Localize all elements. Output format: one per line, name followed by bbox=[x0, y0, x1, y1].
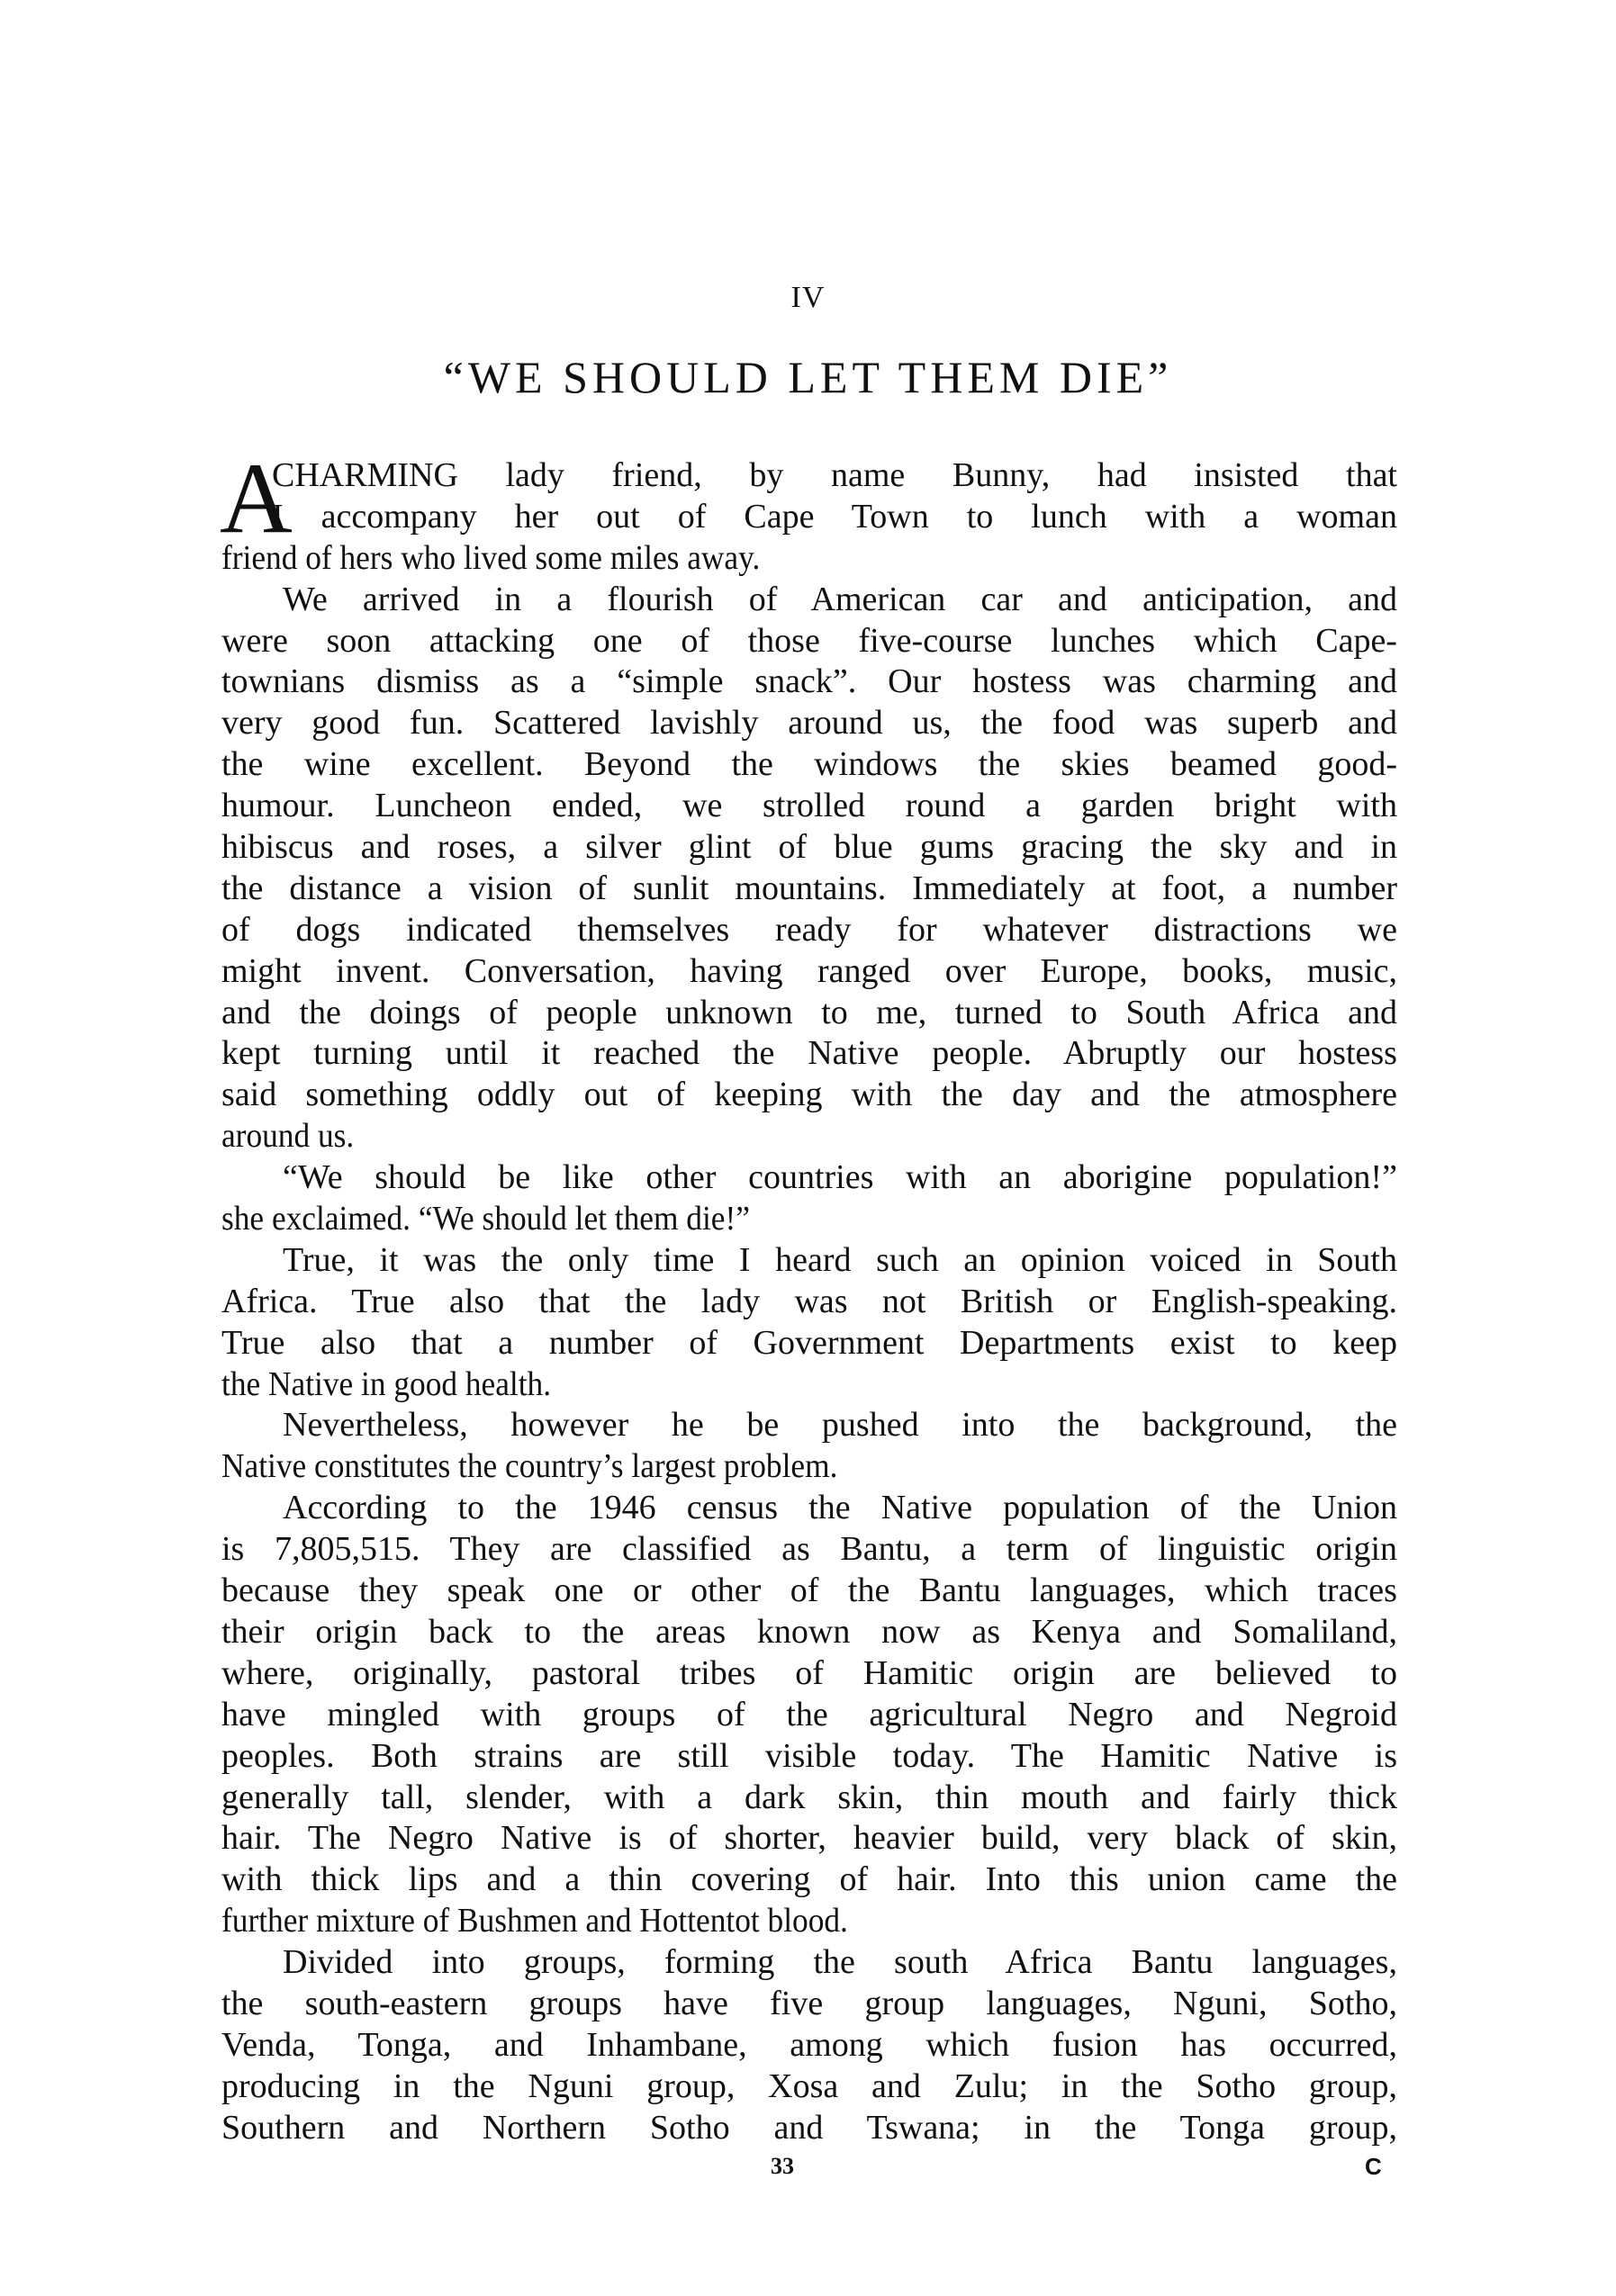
text-line: True also that a number of Government De… bbox=[221, 1323, 1397, 1364]
text-line-content: I accompany her out of Cape Town to lunc… bbox=[272, 497, 1397, 538]
text-line-content: townians dismiss as a “simple snack”. Ou… bbox=[221, 662, 1397, 703]
text-line-content: is 7,805,515. They are classified as Ban… bbox=[221, 1529, 1397, 1571]
text-line: Nevertheless, however he be pushed into … bbox=[221, 1405, 1397, 1446]
text-line-content: True, it was the only time I heard such … bbox=[283, 1240, 1397, 1282]
text-line: Southern and Northern Sotho and Tswana; … bbox=[221, 2108, 1397, 2149]
text-line: According to the 1946 census the Native … bbox=[221, 1488, 1397, 1529]
text-line: Africa. True also that the lady was not … bbox=[221, 1282, 1397, 1323]
text-line-content: with thick lips and a thin covering of h… bbox=[221, 1859, 1397, 1901]
text-line: friend of hers who lived some miles away… bbox=[221, 538, 1397, 580]
text-line-content: Africa. True also that the lady was not … bbox=[221, 1282, 1397, 1323]
text-line-content: humour. Luncheon ended, we strolled roun… bbox=[221, 786, 1397, 827]
text-line: have mingled with groups of the agricult… bbox=[221, 1695, 1397, 1736]
text-line-content: friend of hers who lived some miles away… bbox=[221, 538, 760, 580]
text-line: because they speak one or other of the B… bbox=[221, 1571, 1397, 1612]
text-line: I accompany her out of Cape Town to lunc… bbox=[221, 497, 1397, 538]
text-line: humour. Luncheon ended, we strolled roun… bbox=[221, 786, 1397, 827]
text-line: generally tall, slender, with a dark ski… bbox=[221, 1778, 1397, 1819]
text-line: peoples. Both strains are still visible … bbox=[221, 1736, 1397, 1778]
text-line: producing in the Nguni group, Xosa and Z… bbox=[221, 2066, 1397, 2108]
text-line-content: True also that a number of Government De… bbox=[221, 1323, 1397, 1364]
text-line: is 7,805,515. They are classified as Ban… bbox=[221, 1529, 1397, 1571]
text-line-content: “We should be like other countries with … bbox=[283, 1157, 1397, 1199]
text-line: kept turning until it reached the Native… bbox=[221, 1033, 1397, 1075]
text-line: their origin back to the areas known now… bbox=[221, 1612, 1397, 1653]
text-line: Divided into groups, forming the south A… bbox=[221, 1942, 1397, 1984]
text-line: where, originally, pastoral tribes of Ha… bbox=[221, 1653, 1397, 1695]
text-line-content: around us. bbox=[221, 1116, 354, 1157]
text-line-content: peoples. Both strains are still visible … bbox=[221, 1736, 1397, 1778]
text-line: Venda, Tonga, and Inhambane, among which… bbox=[221, 2025, 1397, 2066]
chapter-title: “WE SHOULD LET THEM DIE” bbox=[0, 351, 1616, 403]
text-line: CHARMING lady friend, by name Bunny, had… bbox=[221, 455, 1397, 497]
text-line: around us. bbox=[221, 1116, 1397, 1157]
text-line-content: very good fun. Scattered lavishly around… bbox=[221, 703, 1397, 744]
text-line-content: Nevertheless, however he be pushed into … bbox=[283, 1405, 1397, 1446]
text-line: of dogs indicated themselves ready for w… bbox=[221, 910, 1397, 951]
text-line: were soon attacking one of those five-co… bbox=[221, 621, 1397, 662]
text-line: townians dismiss as a “simple snack”. Ou… bbox=[221, 662, 1397, 703]
signature-mark: C bbox=[1365, 2153, 1382, 2181]
text-line-content: Southern and Northern Sotho and Tswana; … bbox=[221, 2108, 1397, 2149]
text-line-content: and the doings of people unknown to me, … bbox=[221, 993, 1397, 1034]
text-line-content: of dogs indicated themselves ready for w… bbox=[221, 910, 1397, 951]
text-line-content: said something oddly out of keeping with… bbox=[221, 1075, 1397, 1116]
text-line: hair. The Negro Native is of shorter, he… bbox=[221, 1818, 1397, 1859]
text-line: further mixture of Bushmen and Hottentot… bbox=[221, 1901, 1397, 1942]
text-line-content: have mingled with groups of the agricult… bbox=[221, 1695, 1397, 1736]
text-line: the wine excellent. Beyond the windows t… bbox=[221, 744, 1397, 786]
text-line-content: where, originally, pastoral tribes of Ha… bbox=[221, 1653, 1397, 1695]
chapter-number: IV bbox=[0, 281, 1616, 315]
text-line-content: generally tall, slender, with a dark ski… bbox=[221, 1778, 1397, 1819]
text-line-content: further mixture of Bushmen and Hottentot… bbox=[221, 1901, 848, 1942]
text-line: the south-eastern groups have five group… bbox=[221, 1984, 1397, 2025]
text-line-content: kept turning until it reached the Native… bbox=[221, 1033, 1397, 1075]
text-line: We arrived in a flourish of American car… bbox=[221, 580, 1397, 621]
text-line-content: Venda, Tonga, and Inhambane, among which… bbox=[221, 2025, 1397, 2066]
text-line: hibiscus and roses, a silver glint of bl… bbox=[221, 827, 1397, 869]
page-number: 33 bbox=[771, 2153, 794, 2180]
text-line-content: CHARMING lady friend, by name Bunny, had… bbox=[272, 455, 1397, 497]
text-line-content: their origin back to the areas known now… bbox=[221, 1612, 1397, 1653]
text-line-content: Divided into groups, forming the south A… bbox=[283, 1942, 1397, 1984]
text-line-content: because they speak one or other of the B… bbox=[221, 1571, 1397, 1612]
text-line-content: hibiscus and roses, a silver glint of bl… bbox=[221, 827, 1397, 869]
text-line: the Native in good health. bbox=[221, 1364, 1397, 1406]
text-line: “We should be like other countries with … bbox=[221, 1157, 1397, 1199]
text-line-content: she exclaimed. “We should let them die!” bbox=[221, 1199, 750, 1240]
text-line-content: might invent. Conversation, having range… bbox=[221, 951, 1397, 993]
text-line-content: the wine excellent. Beyond the windows t… bbox=[221, 744, 1397, 786]
text-line-content: the distance a vision of sunlit mountain… bbox=[221, 869, 1397, 910]
text-line: and the doings of people unknown to me, … bbox=[221, 993, 1397, 1034]
text-line-content: the Native in good health. bbox=[221, 1364, 551, 1406]
text-line-content: According to the 1946 census the Native … bbox=[283, 1488, 1397, 1529]
text-line-content: were soon attacking one of those five-co… bbox=[221, 621, 1397, 662]
text-line: said something oddly out of keeping with… bbox=[221, 1075, 1397, 1116]
text-line: the distance a vision of sunlit mountain… bbox=[221, 869, 1397, 910]
text-line: very good fun. Scattered lavishly around… bbox=[221, 703, 1397, 744]
text-line: True, it was the only time I heard such … bbox=[221, 1240, 1397, 1282]
text-line-content: We arrived in a flourish of American car… bbox=[283, 580, 1397, 621]
text-line: might invent. Conversation, having range… bbox=[221, 951, 1397, 993]
text-line-content: Native constitutes the country’s largest… bbox=[221, 1446, 837, 1488]
text-line: with thick lips and a thin covering of h… bbox=[221, 1859, 1397, 1901]
text-line: she exclaimed. “We should let them die!” bbox=[221, 1199, 1397, 1240]
body-text: CHARMING lady friend, by name Bunny, had… bbox=[221, 455, 1397, 2149]
text-line-content: producing in the Nguni group, Xosa and Z… bbox=[221, 2066, 1397, 2108]
text-line-content: hair. The Negro Native is of shorter, he… bbox=[221, 1818, 1397, 1859]
text-line: Native constitutes the country’s largest… bbox=[221, 1446, 1397, 1488]
text-line-content: the south-eastern groups have five group… bbox=[221, 1984, 1397, 2025]
